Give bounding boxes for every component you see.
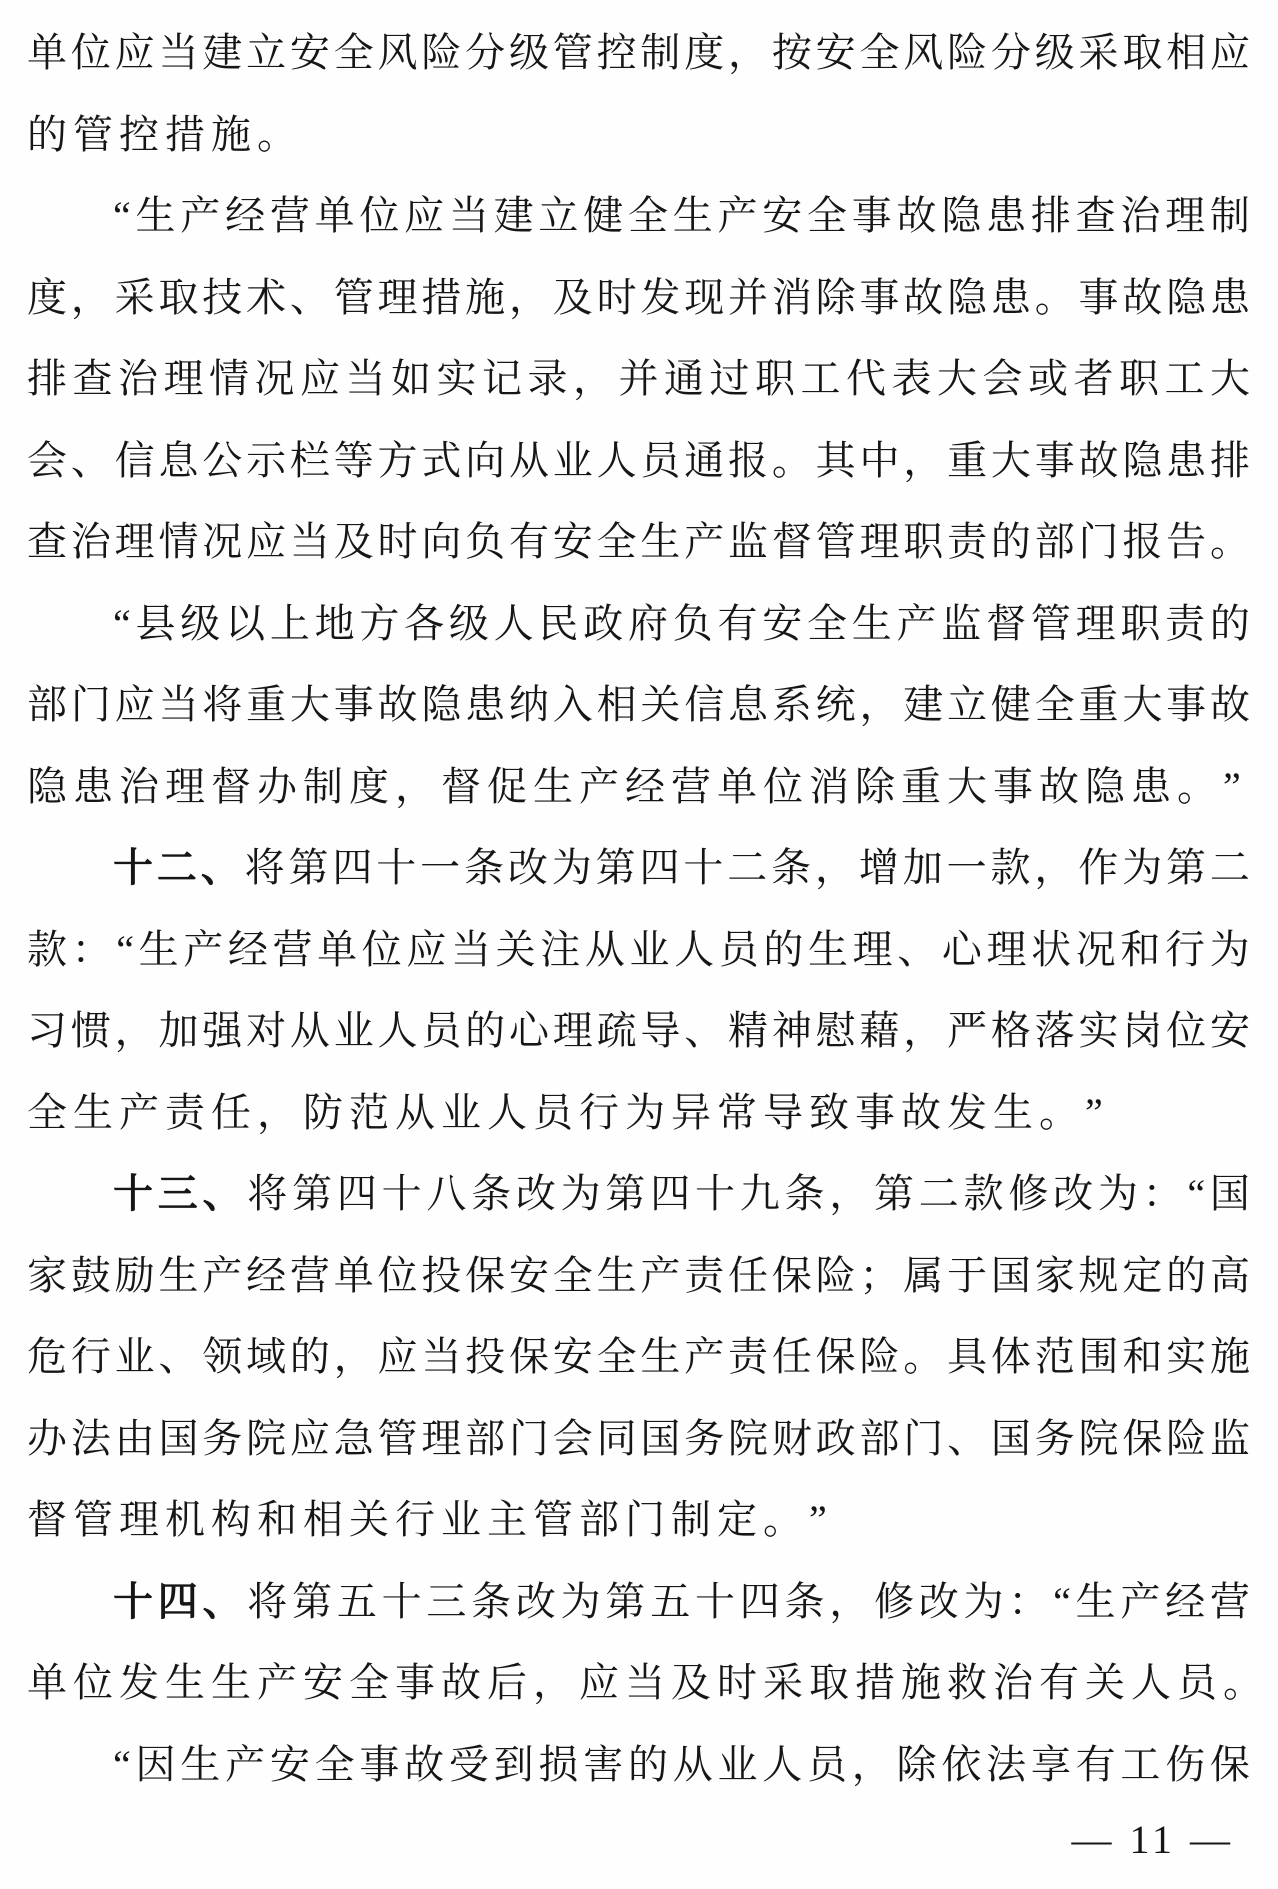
- text-line: 全生产责任，防范从业人员行为异常导致事故发生。”: [27, 1090, 1250, 1172]
- page-number: — 11 —: [1071, 1818, 1234, 1862]
- text-line: “生产经营单位应当建立健全生产安全事故隐患排查治理制: [27, 193, 1250, 275]
- text-line: 督管理机构和相关行业主管部门制定。”: [27, 1497, 1250, 1579]
- text-line: 危行业、领域的，应当投保安全生产责任保险。具体范围和实施: [27, 1334, 1250, 1416]
- text-line: “县级以上地方各级人民政府负有安全生产监督管理职责的: [27, 601, 1250, 683]
- text-line: 十三、将第四十八条改为第四十九条，第二款修改为：“国: [27, 1171, 1250, 1253]
- text-line: 单位发生生产安全事故后，应当及时采取措施救治有关人员。: [27, 1660, 1250, 1742]
- text-line: 部门应当将重大事故隐患纳入相关信息系统，建立健全重大事故: [27, 682, 1250, 764]
- text-line: “因生产安全事故受到损害的从业人员，除依法享有工伤保: [27, 1742, 1250, 1824]
- text-line: 款：“生产经营单位应当关注从业人员的生理、心理状况和行为: [27, 927, 1250, 1009]
- text-line: 的管控措施。: [27, 112, 1250, 194]
- text-line: 会、信息公示栏等方式向从业人员通报。其中，重大事故隐患排: [27, 438, 1250, 520]
- text-line: 排查治理情况应当如实记录，并通过职工代表大会或者职工大: [27, 356, 1250, 438]
- text-line: 度，采取技术、管理措施，及时发现并消除事故隐患。事故隐患: [27, 275, 1250, 357]
- text-line: 十二、将第四十一条改为第四十二条，增加一款，作为第二: [27, 845, 1250, 927]
- text-line: 单位应当建立安全风险分级管控制度，按安全风险分级采取相应: [27, 30, 1250, 112]
- text-line: 隐患治理督办制度，督促生产经营单位消除重大事故隐患。”: [27, 764, 1250, 846]
- text-line: 十四、将第五十三条改为第五十四条，修改为：“生产经营: [27, 1579, 1250, 1661]
- document-text-block: 单位应当建立安全风险分级管控制度，按安全风险分级采取相应的管控措施。“生产经营单…: [27, 30, 1250, 1823]
- text-line: 查治理情况应当及时向负有安全生产监督管理职责的部门报告。: [27, 519, 1250, 601]
- document-page: 单位应当建立安全风险分级管控制度，按安全风险分级采取相应的管控措施。“生产经营单…: [0, 0, 1278, 1889]
- text-line: 家鼓励生产经营单位投保安全生产责任保险；属于国家规定的高: [27, 1253, 1250, 1335]
- text-line: 习惯，加强对从业人员的心理疏导、精神慰藉，严格落实岗位安: [27, 1008, 1250, 1090]
- text-line: 办法由国务院应急管理部门会同国务院财政部门、国务院保险监: [27, 1416, 1250, 1498]
